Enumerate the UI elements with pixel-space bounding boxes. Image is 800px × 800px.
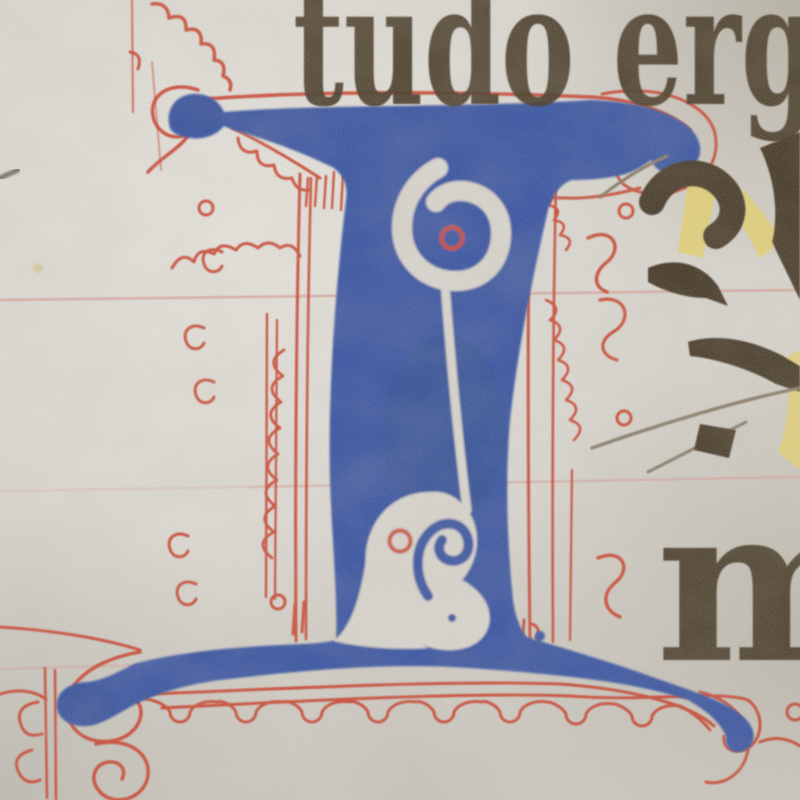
manuscript-photo: Close-up photograph of a medieval illumi… bbox=[0, 0, 800, 800]
manuscript-illustration: Close-up photograph of a medieval illumi… bbox=[0, 0, 800, 800]
texture-overlay bbox=[0, 0, 800, 800]
